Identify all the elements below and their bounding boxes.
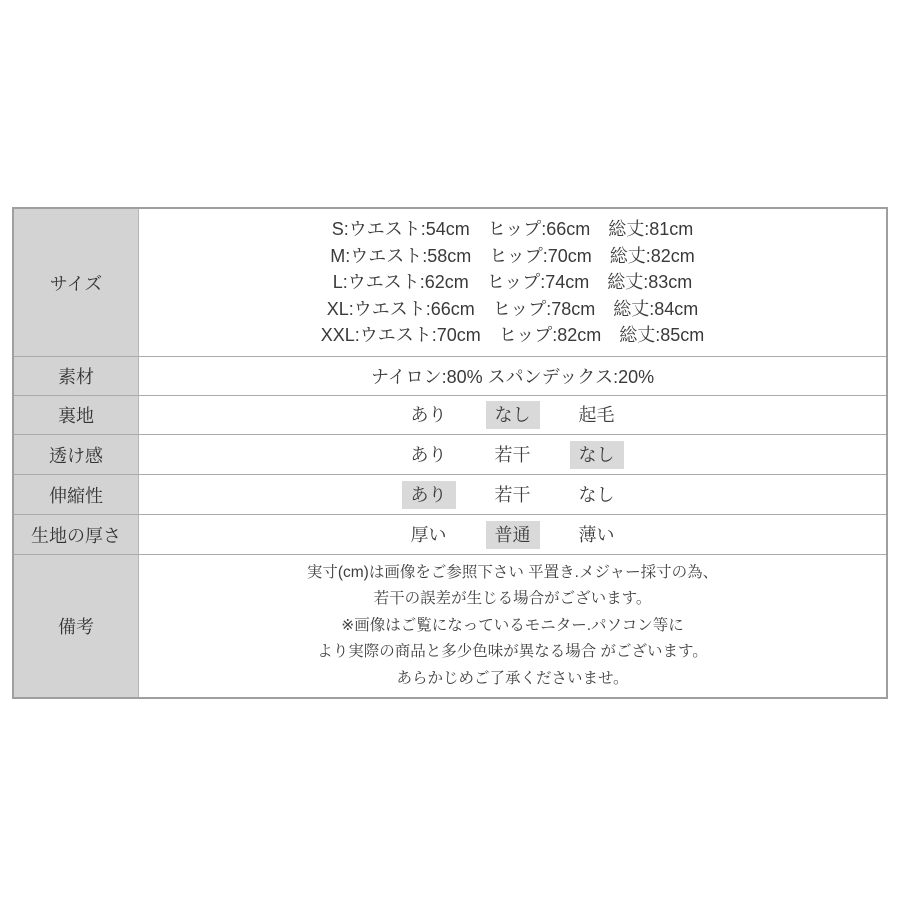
size-line-s: S:ウエスト:54cm ヒップ:66cm 総丈:81cm (332, 216, 694, 243)
notes-line: より実際の商品と多少色味が異なる場合 がございます。 (317, 639, 708, 666)
size-line-xxl: XXL:ウエスト:70cm ヒップ:82cm 総丈:85cm (321, 322, 705, 349)
option-value: 薄い (570, 521, 624, 549)
row-lining-options: あり なし 起毛 (139, 396, 886, 434)
row-size: サイズ S:ウエスト:54cm ヒップ:66cm 総丈:81cm M:ウエスト:… (14, 209, 886, 357)
row-notes: 備考 実寸(cm)は画像をご参照下さい 平置き.メジャー採寸の為、 若干の誤差が… (14, 555, 886, 697)
row-material: 素材 ナイロン:80% スパンデックス:20% (14, 357, 886, 396)
row-sheerness-options: あり 若干 なし (139, 435, 886, 474)
option-value: なし (570, 441, 624, 469)
option-value: あり (402, 441, 456, 469)
row-notes-label: 備考 (14, 555, 139, 697)
row-stretch-label: 伸縮性 (14, 475, 139, 514)
product-spec-table: サイズ S:ウエスト:54cm ヒップ:66cm 総丈:81cm M:ウエスト:… (12, 207, 888, 699)
option-value: 普通 (486, 521, 540, 549)
row-stretch: 伸縮性 あり 若干 なし (14, 475, 886, 515)
row-thickness-options: 厚い 普通 薄い (139, 515, 886, 554)
option-value: 起毛 (570, 401, 624, 429)
row-material-value: ナイロン:80% スパンデックス:20% (139, 357, 886, 395)
notes-line: ※画像はご覧になっているモニター.パソコン等に (341, 613, 684, 640)
row-sheerness: 透け感 あり 若干 なし (14, 435, 886, 475)
option-value: 若干 (486, 441, 540, 469)
row-sheerness-label: 透け感 (14, 435, 139, 474)
notes-line: 若干の誤差が生じる場合がございます。 (374, 586, 652, 613)
option-value: 厚い (402, 521, 456, 549)
option-value: なし (486, 401, 540, 429)
row-notes-content: 実寸(cm)は画像をご参照下さい 平置き.メジャー採寸の為、 若干の誤差が生じる… (139, 555, 886, 697)
option-value: 若干 (486, 481, 540, 509)
row-size-label: サイズ (14, 209, 139, 356)
notes-line: 実寸(cm)は画像をご参照下さい 平置き.メジャー採寸の為、 (307, 560, 718, 587)
row-lining-label: 裏地 (14, 396, 139, 434)
row-thickness: 生地の厚さ 厚い 普通 薄い (14, 515, 886, 555)
size-line-xl: XL:ウエスト:66cm ヒップ:78cm 総丈:84cm (327, 296, 699, 323)
row-lining: 裏地 あり なし 起毛 (14, 396, 886, 435)
option-value: なし (570, 481, 624, 509)
size-line-l: L:ウエスト:62cm ヒップ:74cm 総丈:83cm (333, 269, 693, 296)
row-thickness-label: 生地の厚さ (14, 515, 139, 554)
option-value: あり (402, 401, 456, 429)
row-stretch-options: あり 若干 なし (139, 475, 886, 514)
row-material-label: 素材 (14, 357, 139, 395)
notes-line: あらかじめご了承くださいませ。 (396, 666, 628, 693)
size-line-m: M:ウエスト:58cm ヒップ:70cm 総丈:82cm (330, 243, 695, 270)
option-value: あり (402, 481, 456, 509)
row-size-content: S:ウエスト:54cm ヒップ:66cm 総丈:81cm M:ウエスト:58cm… (139, 209, 886, 356)
